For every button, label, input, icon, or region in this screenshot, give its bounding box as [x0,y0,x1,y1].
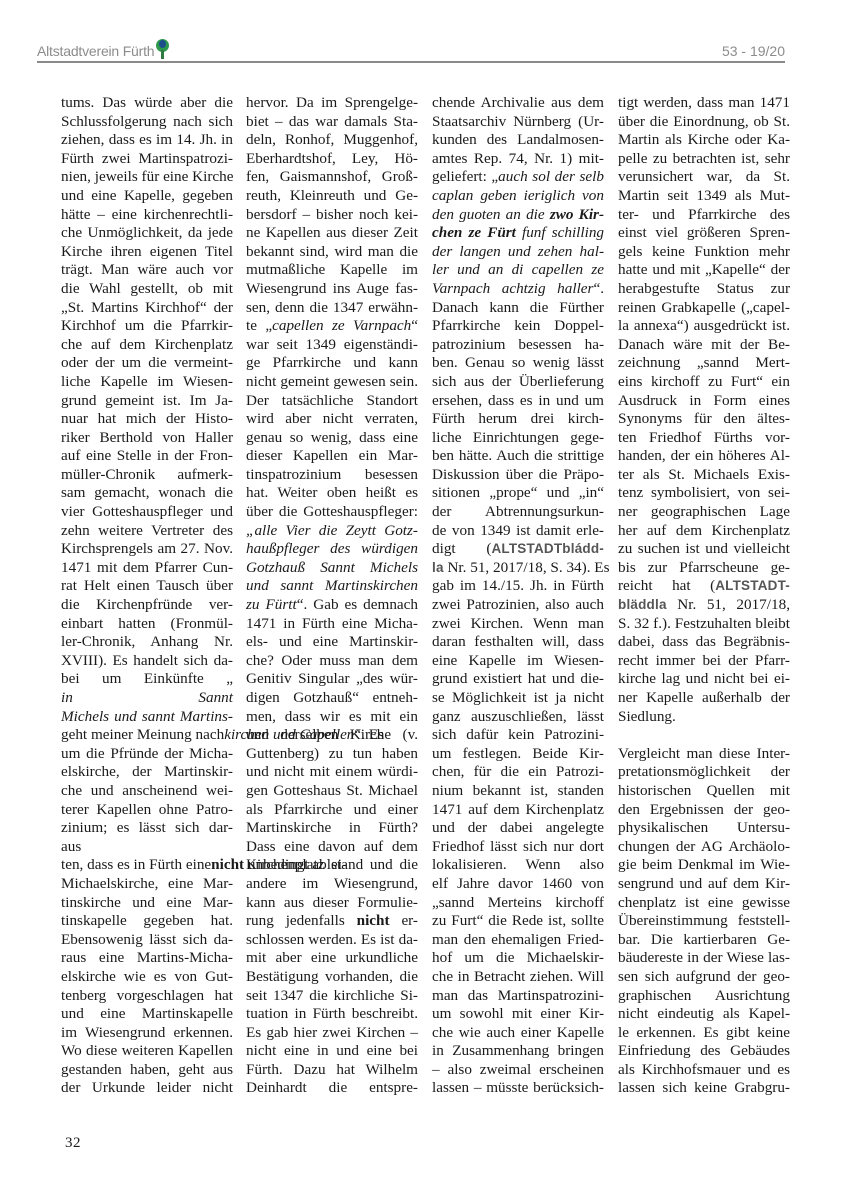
text-line: wird aber nicht verraten, [246,410,418,429]
text-line: schlossen werden. Es ist da- [246,931,418,950]
text-line: sich dafür kein Patrozini- [432,726,604,745]
text-line: hätte – eine kirchenrechtli- [61,206,233,225]
line-text: zwei Patrozinien, also auch [432,596,604,613]
text-line: che in Betracht ziehen. Will [432,968,604,987]
text-line: grund gemeint ist. Im Ja- [61,392,233,411]
text-line: graphischen Ausrichtung [618,987,790,1006]
publication-brand: la [432,560,444,575]
text-line: die Wahl gestellt, ob mit [61,280,233,299]
text-line: einbart hatten (Fronmül- [61,615,233,634]
line-text: Martinskirche in Fürth? [246,819,418,836]
line-text: terer Kapellen ohne Patro- [61,801,233,818]
text-line: ten Friedhof Fürths vor- [618,429,790,448]
text-line: grund existiert hat und die- [432,670,604,689]
line-text: tinskapelle gegeben hat. [61,912,233,929]
text-line: handen, der ein höheres Al- [618,447,790,466]
text-line: digen Gotzhauß“ entneh- [246,689,418,708]
text-line: bar. Die kartierbaren Ge- [618,931,790,950]
text-line: oder der um die vermeint- [61,354,233,373]
text-line: und nicht mit einem würdi- [246,763,418,782]
italic-quote: caplan geben ieriglich von [432,187,604,204]
text-line: über die Gotteshauspfleger: [246,503,418,522]
text-line: chen ze Fürt funf schilling [432,224,604,243]
text-line: ersehen, dass es in und um [432,392,604,411]
text-line: gestanden haben, geht aus [61,1061,233,1080]
text-line: reuth, Kleinreuth und Ge- [246,187,418,206]
text-line: bekannt sind, wird man die [246,243,418,262]
text-line: S. 32 f.). Festzuhalten bleibt [618,615,790,634]
text-line: Schlussfolgerung nach sich [61,113,233,132]
text-line: physikalischen Untersu- [618,819,790,838]
text-line: nicht gemeint gewesen sein. [246,373,418,392]
line-text: Deinhardt die entspre- [246,1079,418,1096]
text-line: Martinskirche in Fürth? [246,819,418,838]
text-line: tuation in Fürth beschreibt. [246,1005,418,1024]
line-text: eine Kapelle im Wiesen- [432,652,604,669]
text-line: che Unmöglichkeit, da jede [61,224,233,243]
text-line: Eberhardtshof, Ley, Hö- [246,150,418,169]
text-line: Deinhardt die entspre- [246,1079,418,1098]
text-line: chende Archivalie aus dem [432,94,604,113]
line-text: raus eine Martins-Micha- [61,949,233,966]
text-line: Danach kann die Fürther [432,299,604,318]
line-text: che Unmöglichkeit, da jede [61,224,233,241]
text-line: als Kirchhofsmauer und es [618,1061,790,1080]
text-line: gels keine Funktion mehr [618,243,790,262]
text-line: pelle zu betrachten ist, sehr [618,150,790,169]
text-line: ten, dass es in Fürth einenicht unbeding… [61,856,233,875]
text-line: sen, denn die 1347 erwähn- [246,299,418,318]
line-text: Kirche ihren eigenen Titel [61,243,233,260]
text-line: historischen Quellen mit [618,782,790,801]
text-line: kunden des Landalmosen- [432,131,604,150]
text-line: gie beim Denkmal im Wie- [618,856,790,875]
text-line: und sannt Martinskirchen [246,577,418,596]
text-line: pretationsmöglichkeit der [618,763,790,782]
line-text: recht immer bei der Pfarr- [618,652,790,669]
text-line: der Urkunde leider nicht [61,1079,233,1098]
text-line: 1471 in Fürth eine Micha- [246,615,418,634]
line-text: um die Pfründe der Micha- [61,745,233,762]
text-line: „sannd Merteins kirchoff [432,894,604,913]
line-text: vier Gotteshauspfleger und [61,503,233,520]
line-text: patrozinium besessen ha- [432,336,604,353]
line-text: rat Helt einen Tausch über [61,577,233,594]
text-line: ben. Genau so wenig lässt [432,354,604,373]
text-line: elf Jahre davor 1460 von [432,875,604,894]
text-line: Ausdruck in Form eines [618,392,790,411]
text-line: chen, für die ein Patrozi- [432,763,604,782]
text-line: Es gab hier zwei Kirchen – [246,1024,418,1043]
line-text: che? Oder muss man dem [246,652,418,669]
line-text: auf eine Stelle in der Fron- [61,447,233,464]
line-text: sitionen „prope“ und „in“ [432,484,604,501]
line-text: der Abtrennungsurkun- [432,503,604,520]
bold-emphasis: nicht [357,912,390,929]
line-text: liche Kapelle im Wiesen- [61,373,233,390]
text-line: reinen Grabkapelle („capel- [618,299,790,318]
text-line: tenz symbolisiert, von sei- [618,484,790,503]
text-line: Synonyms für den ältes- [618,410,790,429]
text-line: Fürth zwei Martinspatrozi- [61,150,233,169]
line-text: über die Einordnung, ob St. [618,113,790,130]
line-text: liche Einrichtungen gege- [432,429,604,446]
line-text: ziehen, dass es im 14. Jh. in [61,131,233,148]
line-text: XVIII). Es handelt sich da- [61,652,233,669]
line-text: handen, der ein höheres Al- [618,447,790,464]
text-line: sitionen „prope“ und „in“ [432,484,604,503]
text-line: eins kirchoff zu Furt“ ein [618,373,790,392]
line-text: ben. Genau so wenig lässt [432,354,604,371]
text-line: zinium; es lässt sich dar- [61,819,233,838]
text-line: bläddla Nr. 51, 2017/18, [618,596,790,615]
line-text: digt ( [432,540,491,557]
line-text: schlossen werden. Es ist da- [246,931,418,948]
line-text: kann aus dieser Formulie- [246,894,418,911]
italic-quote: der langen und zehen hal- [432,243,604,260]
line-text: ter als St. Michaels Exis- [618,466,790,483]
line-text: sich aus der Überlieferung [432,373,604,390]
italic-quote: Michels und sannt Martins- [61,708,233,725]
italic-quote: zu Fürtt [246,596,297,613]
text-line: Kirche ihren eigenen Titel [61,243,233,262]
text-line: Diskussion über die Präpo- [432,466,604,485]
line-text: um festlegen. Beide Kir- [432,745,604,762]
line-text: oder der um die vermeint- [61,354,233,371]
line-text: hat. Weiter oben heißt es [246,484,418,501]
text-line: Ebensowenig lässt sich da- [61,931,233,950]
line-text: gestanden haben, geht aus [61,1061,233,1078]
line-text: graphischen Ausrichtung [618,987,790,1004]
publication-brand: ALTSTADTbládd- [491,541,604,556]
line-text: che wie auch einer Kapelle [432,1024,604,1041]
text-line: über die Einordnung, ob St. [618,113,790,132]
text-line: caplan geben ieriglich von [432,187,604,206]
line-text: nicht gemeint gewesen sein. [246,373,418,390]
line-text: aus [61,838,81,855]
text-line: Wiesengrund ins Auge fas- [246,280,418,299]
text-line: in Zusammenhang bringen [432,1042,604,1061]
text-line: lassen – müsste berücksich- [432,1079,604,1098]
text-line: Kirchhof um die Pfarrkir- [61,317,233,336]
line-text: die Kirchenpfründe ver- [61,596,233,613]
line-text: bar. Die kartierbaren Ge- [618,931,790,948]
italic-quote: und sannt Martinskirchen [246,577,418,594]
line-text: ler-Chronik, Anhang Nr. [61,633,233,650]
text-line: lassen sich keine Grabgru- [618,1079,790,1098]
text-line: hervor. Da im Sprengelge- [246,94,418,113]
text-line: te „capellen ze Varnpach“ [246,317,418,336]
text-line: man das Martinspatrozini- [432,987,604,1006]
text-line: und eine Kapelle, gegeben [61,187,233,206]
text-line: ner Kapelle außerhalb der [618,689,790,708]
line-text: tinspatrozinium besessen [246,466,418,483]
text-line: Übereinstimmung feststell- [618,912,790,931]
line-text: tenz symbolisiert, von sei- [618,484,790,501]
text-line: la annexa“) ausgedrückt ist. [618,317,790,336]
line-text: Friedhof lässt sich nur dort [432,838,604,855]
text-line: dieser Kapellen ein Mar- [246,447,418,466]
text-line: geliefert: „auch sol der selb [432,168,604,187]
line-text: dieser Kapellen ein Mar- [246,447,418,464]
line-text: ner geographischen Lage [618,503,790,520]
line-text: Siedlung. [618,708,676,725]
line-text: tenberg vorgeschlagen hat [61,987,233,1004]
text-column-4: tigt werden, dass man 1471über die Einor… [618,94,790,1098]
line-text: S. 32 f.). Festzuhalten bleibt [618,615,790,632]
line-text: Synonyms für den ältes- [618,410,790,427]
text-fragment: Nr. 51, 2017/18, [667,596,790,613]
text-line: dabei, dass das Begräbnis- [618,633,790,652]
text-line: trägt. Man wäre auch vor [61,261,233,280]
line-text: Fürth zwei Martinspatrozi- [61,150,233,167]
line-text: 1471 auf dem Kirchenplatz [432,801,604,818]
line-text: geht meiner Meinung nach [61,726,224,743]
line-text: Genitiv Singular „des wür- [246,670,418,687]
text-line: ganz auszuschließen, lässt [432,708,604,727]
issue-number: 53 - 19/20 [722,43,785,59]
text-line: che auf dem Kirchenplatz [61,336,233,355]
text-line: Siedlung. [618,708,790,727]
text-line: Der tatsächliche Standort [246,392,418,411]
line-text: nuar hat mich der Histo- [61,410,233,427]
text-line: tums. Das würde aber die [61,94,233,113]
line-text: nium bekannt ist, standen [432,782,604,799]
text-line: ter als St. Michaels Exis- [618,466,790,485]
line-text: hatte und mit „Kapelle“ der [618,261,790,278]
line-text: la annexa“) ausgedrückt ist. [618,317,790,334]
line-text: 1471 mit dem Pfarrer Cun- [61,559,233,576]
text-line: els- und eine Martinskir- [246,633,418,652]
publication-brand: bläddla [618,597,667,612]
text-line: recht immer bei der Pfarr- [618,652,790,671]
line-text: kunden des Landalmosen- [432,131,604,148]
line-text: ben hätte. Auch die strittige [432,447,604,464]
line-text: chende Archivalie aus dem [432,94,604,111]
text-line: aus [61,838,233,857]
line-text: zeichnung „sannd Mert- [618,354,790,371]
line-text: els- und eine Martinskir- [246,633,418,650]
line-text: 1471 in Fürth eine Micha- [246,615,418,632]
tree-icon [156,39,169,59]
text-line: nuar hat mich der Histo- [61,410,233,429]
text-line: chungen der AG Archäolo- [618,838,790,857]
text-line: ler und an di capellen ze [432,261,604,280]
italic-quote: auch sol der selb [498,168,604,185]
line-text: lassen – müsste berücksich- [432,1079,604,1096]
line-text: tigt werden, dass man 1471 [618,94,790,111]
line-text: sengrund und auf dem Kir- [618,875,790,892]
text-line: einst viel größeren Spren- [618,224,790,243]
text-line: ler-Chronik, Anhang Nr. [61,633,233,652]
text-line: her auf dem Kirchenplatz [618,522,790,541]
bold-italic-quote: chen ze Fürt [432,224,516,241]
text-line: um sowohl mit einer Kir- [432,1005,604,1024]
line-text: und eine Kapelle, gegeben [61,187,233,204]
line-text: Bestätigung vorhanden, die [246,968,418,985]
text-line: ben hätte. Auch die strittige [432,447,604,466]
line-text: Danach wäre mit der Be- [618,336,790,353]
text-line: eine Kapelle im Wiesen- [432,652,604,671]
line-text: Dass eine davon auf dem [246,838,418,855]
text-line: le erkennen. Es gibt keine [618,1024,790,1043]
text-line: hatte und mit „Kapelle“ der [618,261,790,280]
text-line: herabgestufte Status zur [618,280,790,299]
text-line: und eine Martinskapelle [61,1005,233,1024]
text-line: und der dabei angelegte [432,819,604,838]
text-line: se Möglichkeit ist ja nicht [432,689,604,708]
line-text: physikalischen Untersu- [618,819,790,836]
line-text: mit aber eine urkundliche [246,949,418,966]
text-line: terer Kapellen ohne Patro- [61,801,233,820]
line-text: Pfarrkirche kein Doppel- [432,317,604,334]
line-text: lokalisieren. Wenn also [432,856,604,873]
line-text: Kirchhof um die Pfarrkir- [61,317,233,334]
text-line: sen sich aufgrund der geo- [618,968,790,987]
bold-emphasis: nicht [211,856,244,873]
line-text: trägt. Man wäre auch vor [61,261,233,278]
line-text: hervor. Da im Sprengelge- [246,94,418,111]
line-text: man den ehemaligen Fried- [432,931,604,948]
text-line: chenplatz ist eine gewisse [618,894,790,913]
text-line: – also zweimal erscheinen [432,1061,604,1080]
line-text: zinium; es lässt sich dar- [61,819,233,836]
line-text: als Kirchhofsmauer und es [618,1061,790,1078]
line-text: Es gab hier zwei Kirchen – [246,1024,418,1041]
line-text: Übereinstimmung feststell- [618,912,790,929]
text-line: hof um die Michaelskir- [432,949,604,968]
line-text: pretationsmöglichkeit der [618,763,790,780]
line-text: nicht eine in und eine bei [246,1042,418,1059]
text-line: tenberg vorgeschlagen hat [61,987,233,1006]
line-text: lassen sich keine Grabgru- [618,1079,790,1096]
line-text: historischen Quellen mit [618,782,790,799]
line-text: tuation in Fürth beschreibt. [246,1005,418,1022]
text-line: nicht eindeutig als Kapel- [618,1005,790,1024]
text-line: liche Kapelle im Wiesen- [61,373,233,392]
line-text: riker Berthold von Haller [61,429,233,446]
line-text: der Urkunde leider nicht [61,1079,233,1096]
line-text: gels keine Funktion mehr [618,243,790,260]
text-line: la Nr. 51, 2017/18, S. 34). Es [432,559,604,578]
text-line: Friedhof lässt sich nur dort [432,838,604,857]
line-text: fen, Gaismannshof, Groß- [246,168,418,185]
text-line: Dass eine davon auf dem [246,838,418,857]
text-line: haußpfleger des würdigen [246,540,418,559]
line-text: gab im 14./15. Jh. in Fürth [432,577,604,594]
line-text: grund existiert hat und die- [432,670,604,687]
line-text: als Pfarrkirche und einer [246,801,418,818]
line-text: ge Pfarrkirche und kann [246,354,418,371]
line-text: „sannd Merteins kirchoff [432,894,604,911]
line-text: daran festhalten will, dass [432,633,604,650]
line-text: müller-Chronik aufmerk- [61,466,233,483]
text-line: in Sannt [61,689,233,708]
line-text: ganz auszuschließen, lässt [432,708,604,725]
line-text: – also zweimal erscheinen [432,1061,604,1078]
line-text: Eberhardtshof, Ley, Hö- [246,150,418,167]
line-text: nicht eindeutig als Kapel- [618,1005,790,1022]
text-line: Genitiv Singular „des wür- [246,670,418,689]
text-line: daran festhalten will, dass [432,633,604,652]
line-text: sich dafür kein Patrozini- [432,726,604,743]
text-line: zwei Patrozinien, also auch [432,596,604,615]
text-line: Danach wäre mit der Be- [618,336,790,355]
text-fragment: Nr. 51, 2017/18, S. 34). Es [444,559,610,576]
line-text: in Zusammenhang bringen [432,1042,604,1059]
line-text: Wo diese weiteren Kapellen [61,1042,233,1059]
text-line: mit aber eine urkundliche [246,949,418,968]
line-text: im Wiesengrund erkennen. [61,1024,233,1041]
line-text: andere im Wiesengrund, [246,875,418,892]
line-text: ten Friedhof Fürths vor- [618,429,790,446]
line-text: tums. Das würde aber die [61,94,233,111]
line-text: hätte – eine kirchenrechtli- [61,206,233,223]
line-text: biet – das war damals Sta- [246,113,418,130]
text-line: ne Kapellen aus dieser Zeit [246,224,418,243]
line-text: Ausdruck in Form eines [618,392,790,409]
text-line: nium bekannt ist, standen [432,782,604,801]
italic-quote: capellen ze Varnpach [272,317,411,334]
text-line: elskirche, der Martinskir- [61,763,233,782]
line-text: reicht hat ( [618,577,715,594]
line-text: genau so wenig, dass eine [246,429,418,446]
text-line: müller-Chronik aufmerk- [61,466,233,485]
line-text: Fürth. Dazu hat Wilhelm [246,1061,418,1078]
text-line: fen, Gaismannshof, Groß- [246,168,418,187]
line-text: Martin als Kirche oder Ka- [618,131,790,148]
text-line: sam gemacht, wonach die [61,484,233,503]
text-line: zu Fürtt“. Gab es demnach [246,596,418,615]
line-text: ten, dass es in Fürth eine [61,856,211,873]
line-text: che auf dem Kirchenplatz [61,336,233,353]
text-line: Varnpach achtzig haller“. [432,280,604,299]
italic-quote: in Sannt [61,689,233,706]
italic-quote: haußpfleger des würdigen [246,540,418,557]
line-text: ersehen, dass es in und um [432,392,604,409]
text-line: Fürth. Dazu hat Wilhelm [246,1061,418,1080]
line-text: Diskussion über die Präpo- [432,466,604,483]
line-text: und eine Martinskapelle [61,1005,233,1022]
text-line: che wie auch einer Kapelle [432,1024,604,1043]
line-text: eins kirchoff zu Furt“ ein [618,373,790,390]
line-text: Danach kann die Fürther [432,299,604,316]
text-line: che? Oder muss man dem [246,652,418,671]
line-text: ner Kapelle außerhalb der [618,689,790,706]
publication-name: Altstadtverein Fürth [37,43,154,59]
line-text: Schlussfolgerung nach sich [61,113,233,130]
line-text: Michaelskirche, eine Mar- [61,875,233,892]
line-text: einbart hatten (Fronmül- [61,615,233,632]
text-line: men, dass wir es mit ein [246,708,418,727]
paragraph-break [618,726,790,745]
text-column-1: tums. Das würde aber dieSchlussfolgerung… [61,94,233,1098]
text-line: verunsichert war, da St. [618,168,790,187]
text-line: XVIII). Es handelt sich da- [61,652,233,671]
text-line: ziehen, dass es im 14. Jh. in [61,131,233,150]
text-line: bersdorf – bisher noch kei- [246,206,418,225]
text-line: zehn weitere Vertreter des [61,522,233,541]
line-text: bäudereste in der Wiese las- [618,949,790,966]
text-line: ner geographischen Lage [618,503,790,522]
line-text: wird aber nicht verraten, [246,410,418,427]
text-line: tigt werden, dass man 1471 [618,94,790,113]
text-line: nicht eine in und eine bei [246,1042,418,1061]
text-line: andere im Wiesengrund, [246,875,418,894]
text-line: sich aus der Überlieferung [432,373,604,392]
text-line: patrozinium besessen ha- [432,336,604,355]
line-text: zu Furt“ die Rede ist, sollte [432,912,604,929]
